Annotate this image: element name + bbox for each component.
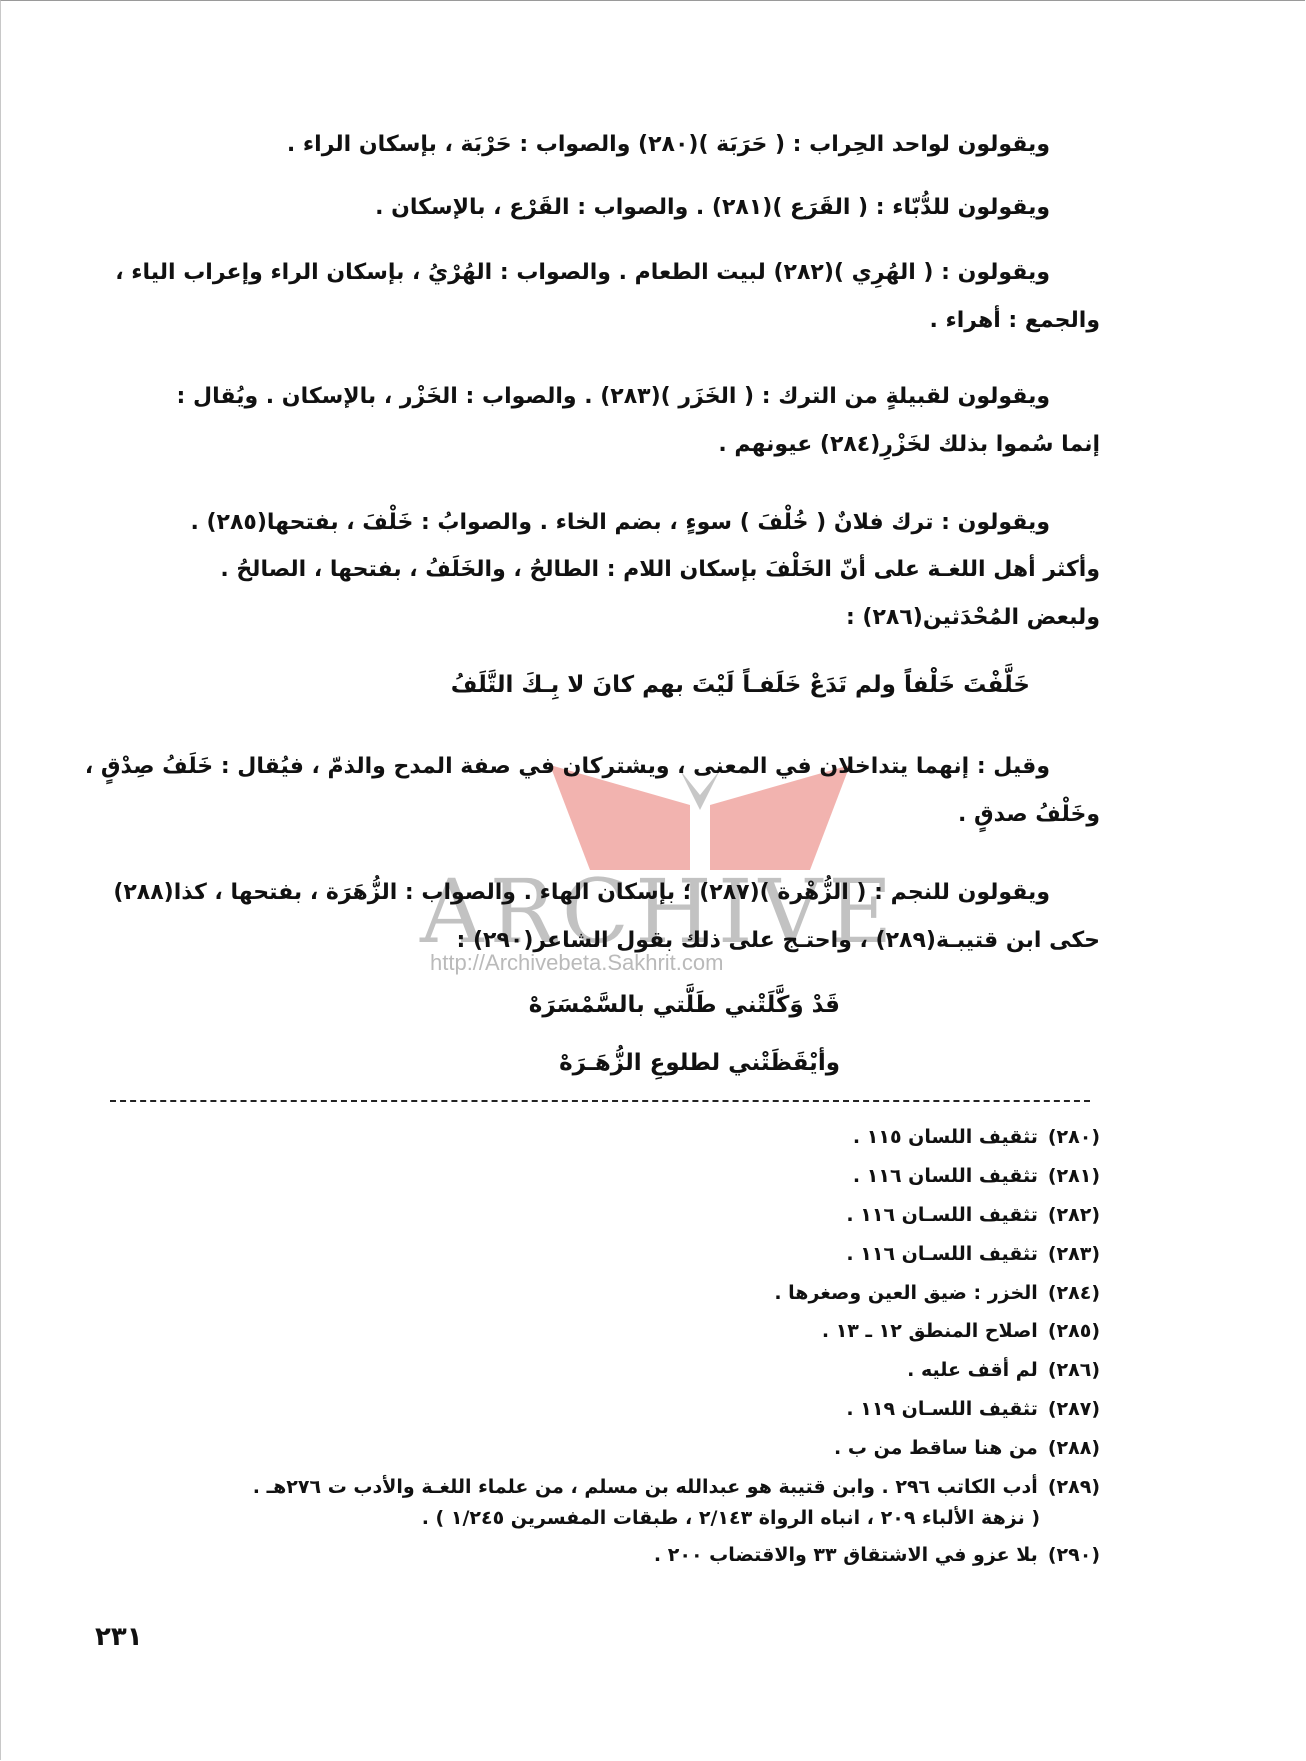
footnote: (٢٨٦)لم أقف عليه .	[907, 1357, 1100, 1383]
body-line: والجمع : أهراء .	[929, 306, 1100, 336]
document-page: ويقولون لواحد الحِراب : ( حَرَبَة )(٢٨٠)…	[90, 0, 1100, 1761]
body-line: حكى ابن قتيبـة(٢٨٩) ، واحتـج على ذلك بقو…	[457, 926, 1101, 956]
body-line: ولبعض المُحْدَثين(٢٨٦) :	[846, 603, 1100, 633]
footnote: (٢٨٣)تثقيف اللسـان ١١٦ .	[846, 1241, 1100, 1267]
footnote: (٢٩٠)بلا عزو في الاشتقاق ٣٣ والاقتضاب ٢٠…	[654, 1542, 1100, 1568]
body-line: ويقولون : ترك فلانٌ ( خُلْفَ ) سوءٍ ، بض…	[190, 508, 1050, 538]
body-line: ويقولون لواحد الحِراب : ( حَرَبَة )(٢٨٠)…	[287, 130, 1050, 160]
footnote: (٢٨٨)من هنا ساقط من ب .	[834, 1435, 1100, 1461]
body-line: ويقولون : ( الهُرِي )(٢٨٢) لبيت الطعام .…	[115, 258, 1050, 288]
page-number: ٢٣١	[95, 1622, 143, 1652]
footnote: (٢٨٤)الخزر : ضيق العين وصغرها .	[774, 1280, 1100, 1306]
verse-line: وأيْقَظَتْني لطلوعِ الزُّهَـرَهْ	[559, 1048, 840, 1078]
footnote-separator	[110, 1100, 1090, 1102]
body-line: وأكثر أهل اللغـة على أنّ الخَلْفَ بإسكان…	[220, 555, 1100, 585]
body-line: إنما سُموا بذلك لخَزْرِ(٢٨٤) عيونهم .	[718, 430, 1100, 460]
footnote: (٢٨٩)أدب الكاتب ٢٩٦ . وابن قتيبة هو عبدا…	[253, 1474, 1100, 1500]
footnote: (٢٨٧)تثقيف اللسـان ١١٩ .	[846, 1396, 1100, 1422]
body-line: ويقولون لقبيلةٍ من الترك : ( الخَزَر )(٢…	[177, 382, 1050, 412]
footnote: (٢٨١)تثقيف اللسان ١١٦ .	[853, 1163, 1100, 1189]
body-line: ويقولون للنجم : ( الزُّهْرة )(٢٨٧) ؛ بإس…	[113, 878, 1050, 908]
verse-line: قَدْ وَكَّلَتْني طَلَّتي بالسَّمْسَرَهْ	[529, 990, 840, 1020]
footnote-continuation: ( نزهة الألباء ٢٠٩ ، انباه الرواة ٢/١٤٣ …	[422, 1505, 1040, 1531]
body-line: وقيل : إنهما يتداخلان في المعنى ، ويشترك…	[85, 752, 1050, 782]
body-line: ويقولون للدُّبّاء : ( القَرَع )(٢٨١) . و…	[375, 193, 1050, 223]
footnote: (٢٨٠)تثقيف اللسان ١١٥ .	[853, 1124, 1100, 1150]
verse-line: خَلَّفْتَ خَلْفاً ولم تَدَعْ خَلَفـاً لَ…	[451, 670, 1030, 700]
body-line: وخَلْفُ صدقٍ .	[958, 800, 1100, 830]
footnote: (٢٨٢)تثقيف اللسـان ١١٦ .	[846, 1202, 1100, 1228]
footnote: (٢٨٥)اصلاح المنطق ١٢ ـ ١٣ .	[822, 1318, 1100, 1344]
